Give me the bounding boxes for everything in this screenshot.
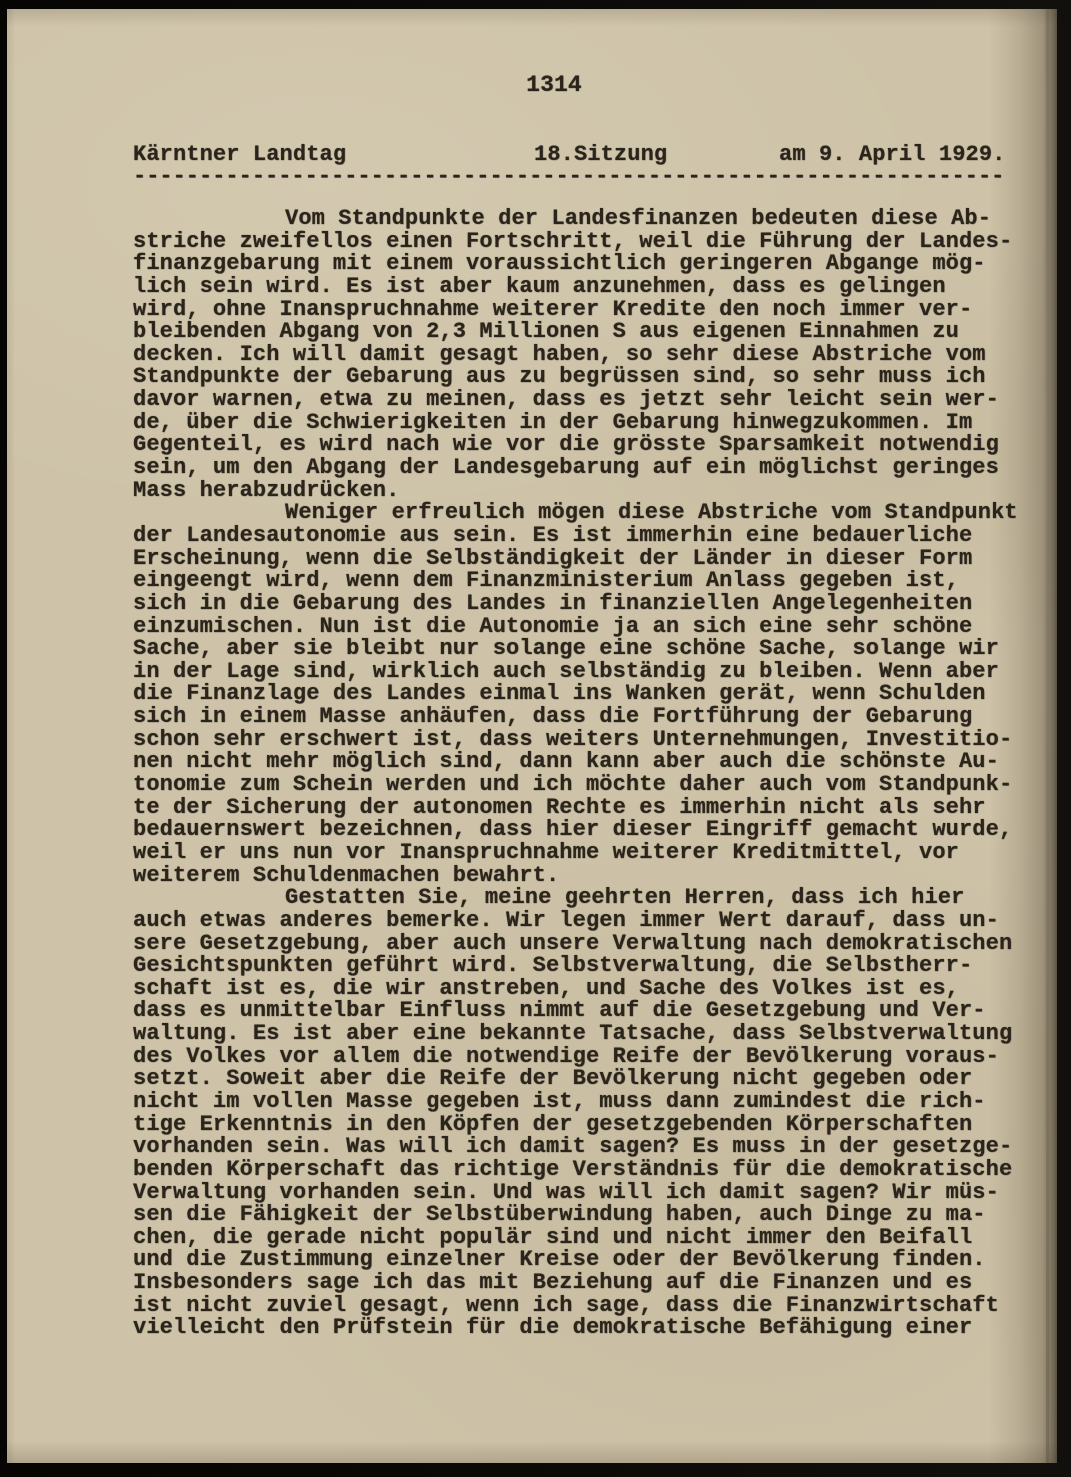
text-line: eingeengt wird, wenn dem Finanzministeri… — [133, 570, 1043, 593]
text-line: waltung. Es ist aber eine bekannte Tatsa… — [133, 1023, 1043, 1046]
text-line: ist nicht zuviel gesagt, wenn ich sage, … — [133, 1295, 1043, 1318]
text-line: vielleicht den Prüfstein für die demokra… — [133, 1317, 1043, 1340]
text-line: weiterem Schuldenmachen bewahrt. — [133, 865, 1043, 888]
text-line: sere Gesetzgebung, aber auch unsere Verw… — [133, 933, 1043, 956]
text-line: Verwaltung vorhanden sein. Und was will … — [133, 1182, 1043, 1205]
scanned-page: 1314 Kärntner Landtag 18.Sitzung am 9. A… — [0, 0, 1071, 1477]
text-line: Weniger erfreulich mögen diese Abstriche… — [133, 502, 1043, 525]
text-line: Mass herabzudrücken. — [133, 480, 1043, 503]
text-line: Erscheinung, wenn die Selbständigkeit de… — [133, 548, 1043, 571]
paragraph: Gestatten Sie, meine geehrten Herren, da… — [133, 887, 1043, 1340]
text-line: Gesichtspunkten geführt wird. Selbstverw… — [133, 955, 1043, 978]
text-line: davor warnen, etwa zu meinen, dass es je… — [133, 389, 1043, 412]
text-line: Sache, aber sie bleibt nur solange eine … — [133, 638, 1043, 661]
text-line: nicht im vollen Masse gegeben ist, muss … — [133, 1091, 1043, 1114]
text-line: sich in einem Masse anhäufen, dass die F… — [133, 706, 1043, 729]
text-line: benden Körperschaft das richtige Verstän… — [133, 1159, 1043, 1182]
text-line: schon sehr erschwert ist, dass weiters U… — [133, 729, 1043, 752]
text-line: nen nicht mehr möglich sind, dann kann a… — [133, 751, 1043, 774]
text-line: Gegenteil, es wird nach wie vor die grös… — [133, 434, 1043, 457]
text-line: die Finanzlage des Landes einmal ins Wan… — [133, 683, 1043, 706]
text-line: vorhanden sein. Was will ich damit sagen… — [133, 1136, 1043, 1159]
text-line: auch etwas anderes bemerke. Wir legen im… — [133, 910, 1043, 933]
text-line: tige Erkenntnis in den Köpfen der gesetz… — [133, 1114, 1043, 1137]
paragraph: Vom Standpunkte der Landesfinanzen bedeu… — [133, 208, 1043, 502]
text-line: striche zweifellos einen Fortschritt, we… — [133, 231, 1043, 254]
text-line: des Volkes vor allem die notwendige Reif… — [133, 1046, 1043, 1069]
text-line: und die Zustimmung einzelner Kreise oder… — [133, 1249, 1043, 1272]
speech-text: Vom Standpunkte der Landesfinanzen bedeu… — [133, 208, 1043, 1340]
paragraph: Weniger erfreulich mögen diese Abstriche… — [133, 502, 1043, 887]
text-line: weil er uns nun vor Inanspruchnahme weit… — [133, 842, 1043, 865]
text-line: Insbesonders sage ich das mit Beziehung … — [133, 1272, 1043, 1295]
text-line: bleibenden Abgang von 2,3 Millionen S au… — [133, 321, 1043, 344]
text-line: schaft ist es, die wir anstreben, und Sa… — [133, 978, 1043, 1001]
text-line: de, über die Schwierigkeiten in der Geba… — [133, 412, 1043, 435]
text-line: einzumischen. Nun ist die Autonomie ja a… — [133, 616, 1043, 639]
text-line: tonomie zum Schein werden und ich möchte… — [133, 774, 1043, 797]
text-line: sein, um den Abgang der Landesgebarung a… — [133, 457, 1043, 480]
text-line: chen, die gerade nicht populär sind und … — [133, 1227, 1043, 1250]
text-line: Standpunkte der Gebarung aus zu begrüsse… — [133, 366, 1043, 389]
text-line: dass es unmittelbar Einfluss nimmt auf d… — [133, 1000, 1043, 1023]
text-line: lich sein wird. Es ist aber kaum anzuneh… — [133, 276, 1043, 299]
text-line: der Landesautonomie aus sein. Es ist imm… — [133, 525, 1043, 548]
text-line: decken. Ich will damit gesagt haben, so … — [133, 344, 1043, 367]
text-line: setzt. Soweit aber die Reife der Bevölke… — [133, 1068, 1043, 1091]
text-line: sich in die Gebarung des Landes in finan… — [133, 593, 1043, 616]
text-line: te der Sicherung der autonomen Rechte es… — [133, 797, 1043, 820]
text-line: in der Lage sind, wirklich auch selbstän… — [133, 661, 1043, 684]
text-line: bedauernswert bezeichnen, dass hier dies… — [133, 819, 1043, 842]
text-line: Vom Standpunkte der Landesfinanzen bedeu… — [133, 208, 1043, 231]
dashed-divider: ----------------------------------------… — [133, 164, 1033, 190]
paper-sheet: 1314 Kärntner Landtag 18.Sitzung am 9. A… — [7, 9, 1057, 1463]
text-line: Gestatten Sie, meine geehrten Herren, da… — [133, 887, 1043, 910]
text-line: sen die Fähigkeit der Selbstüberwindung … — [133, 1204, 1043, 1227]
page-number: 1314 — [29, 72, 1071, 98]
text-line: finanzgebarung mit einem voraussichtlich… — [133, 253, 1043, 276]
text-line: wird, ohne Inanspruchnahme weiterer Kred… — [133, 299, 1043, 322]
